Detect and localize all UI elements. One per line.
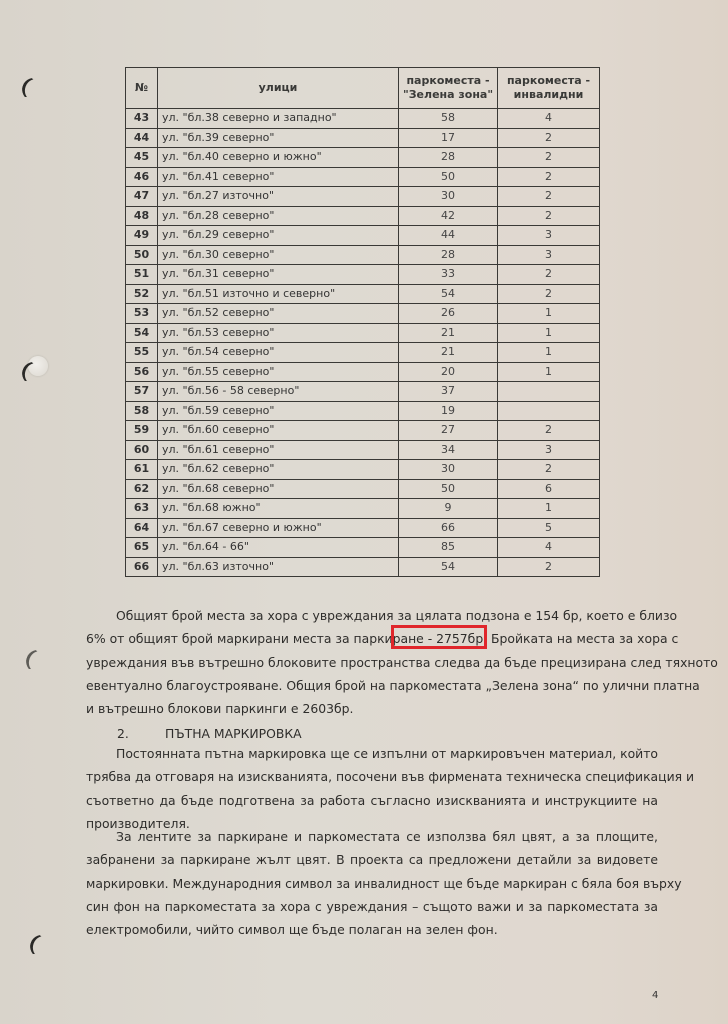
street-name: ул. "бл.51 източно и северно" [158,284,399,304]
street-name: ул. "бл.56 - 58 северно" [158,382,399,402]
table-row: 58ул. "бл.59 северно"19 [126,401,600,421]
punch-hole-mark [30,935,56,961]
street-name: ул. "бл.55 северно" [158,362,399,382]
street-name: ул. "бл.29 северно" [158,226,399,246]
disabled-count: 3 [498,245,600,265]
green-zone-count: 33 [399,265,498,285]
table-row: 45ул. "бл.40 северно и южно"282 [126,148,600,168]
table-row: 64ул. "бл.67 северно и южно"665 [126,518,600,538]
disabled-count: 2 [498,128,600,148]
paragraph-line: електромобили, чийто символ ще бъде пола… [86,918,658,941]
row-number: 52 [126,284,158,304]
green-zone-count: 30 [399,187,498,207]
green-zone-count: 58 [399,109,498,129]
table-row: 56ул. "бл.55 северно"201 [126,362,600,382]
street-name: ул. "бл.41 северно" [158,167,399,187]
disabled-count: 2 [498,148,600,168]
green-zone-count: 30 [399,460,498,480]
row-number: 65 [126,538,158,558]
table-row: 47ул. "бл.27 източно"302 [126,187,600,207]
table-row: 63ул. "бл.68 южно"91 [126,499,600,519]
street-name: ул. "бл.53 северно" [158,323,399,343]
paragraph-line: трябва да отговаря на изискванията, посо… [86,765,658,788]
column-header-disabled: паркоместа -инвалидни [498,68,600,109]
street-name: ул. "бл.54 северно" [158,343,399,363]
column-header-green-zone: паркоместа -"Зелена зона" [399,68,498,109]
table-row: 43ул. "бл.38 северно и западно"584 [126,109,600,129]
row-number: 56 [126,362,158,382]
table-row: 66ул. "бл.63 източно"542 [126,557,600,577]
table-row: 50ул. "бл.30 северно"283 [126,245,600,265]
disabled-count: 6 [498,479,600,499]
table-body: 43ул. "бл.38 северно и западно"58444ул. … [126,109,600,577]
disabled-count: 1 [498,362,600,382]
green-zone-count: 28 [399,245,498,265]
table-row: 44ул. "бл.39 северно"172 [126,128,600,148]
section-title: ПЪТНА МАРКИРОВКА [165,726,302,741]
green-zone-count: 54 [399,284,498,304]
column-header-number: № [126,68,158,109]
table-row: 62ул. "бл.68 северно"506 [126,479,600,499]
table-row: 65ул. "бл.64 - 66"854 [126,538,600,558]
marking-paragraph: Постоянната пътна маркировка ще се изпъл… [86,742,658,835]
disabled-count [498,382,600,402]
paragraph-line: Постоянната пътна маркировка ще се изпъл… [86,742,658,765]
disabled-count: 1 [498,323,600,343]
green-zone-count: 66 [399,518,498,538]
row-number: 49 [126,226,158,246]
row-number: 46 [126,167,158,187]
disabled-count: 2 [498,265,600,285]
street-name: ул. "бл.68 южно" [158,499,399,519]
street-name: ул. "бл.28 северно" [158,206,399,226]
row-number: 55 [126,343,158,363]
green-zone-count: 19 [399,401,498,421]
table-row: 52ул. "бл.51 източно и северно"542 [126,284,600,304]
green-zone-count: 20 [399,362,498,382]
table-header-row: № улици паркоместа -"Зелена зона" парком… [126,68,600,109]
row-number: 64 [126,518,158,538]
table-row: 57ул. "бл.56 - 58 северно"37 [126,382,600,402]
green-zone-count: 42 [399,206,498,226]
disabled-count: 3 [498,440,600,460]
table-row: 55ул. "бл.54 северно"211 [126,343,600,363]
disabled-count: 2 [498,557,600,577]
street-name: ул. "бл.63 източно" [158,557,399,577]
disabled-count: 2 [498,284,600,304]
green-zone-count: 85 [399,538,498,558]
green-zone-count: 34 [399,440,498,460]
green-zone-count: 9 [399,499,498,519]
row-number: 58 [126,401,158,421]
paragraph-line: съответно да бъде подготвена за работа с… [86,789,658,812]
disabled-count: 2 [498,421,600,441]
row-number: 43 [126,109,158,129]
table-row: 51ул. "бл.31 северно"332 [126,265,600,285]
street-name: ул. "бл.67 северно и южно" [158,518,399,538]
row-number: 54 [126,323,158,343]
street-name: ул. "бл.39 северно" [158,128,399,148]
green-zone-count: 21 [399,343,498,363]
green-zone-count: 50 [399,167,498,187]
table-row: 49ул. "бл.29 северно"443 [126,226,600,246]
street-name: ул. "бл.64 - 66" [158,538,399,558]
green-zone-count: 21 [399,323,498,343]
disabled-count: 4 [498,109,600,129]
table-row: 46ул. "бл.41 северно"502 [126,167,600,187]
disabled-count: 2 [498,167,600,187]
colors-paragraph: За лентите за паркиране и паркоместата с… [86,825,658,941]
disabled-count [498,401,600,421]
disabled-count: 5 [498,518,600,538]
street-name: ул. "бл.68 северно" [158,479,399,499]
punch-hole-mark [22,78,48,104]
paragraph-line: забранени за паркиране жълт цвят. В прое… [86,848,658,871]
paragraph-line: и вътрешно блокови паркинги е 2603бр. [86,697,658,720]
street-name: ул. "бл.60 северно" [158,421,399,441]
disabled-count: 4 [498,538,600,558]
street-name: ул. "бл.40 северно и южно" [158,148,399,168]
punch-hole-mark [26,650,52,676]
row-number: 66 [126,557,158,577]
page-number: 4 [652,990,658,1001]
row-number: 53 [126,304,158,324]
green-zone-count: 26 [399,304,498,324]
paragraph-line: син фон на паркоместата за хора с уврежд… [86,895,658,918]
paragraph-line: евентуално благоустрояване. Общия брой н… [86,674,658,697]
paragraph-line: увреждания във вътрешно блоковите простр… [86,651,658,674]
row-number: 45 [126,148,158,168]
column-header-street: улици [158,68,399,109]
table-row: 53ул. "бл.52 северно"261 [126,304,600,324]
section-number: 2. [117,726,165,741]
row-number: 50 [126,245,158,265]
green-zone-count: 17 [399,128,498,148]
table-row: 60ул. "бл.61 северно"343 [126,440,600,460]
green-zone-count: 37 [399,382,498,402]
street-name: ул. "бл.38 северно и западно" [158,109,399,129]
row-number: 61 [126,460,158,480]
row-number: 57 [126,382,158,402]
row-number: 44 [126,128,158,148]
disabled-count: 1 [498,499,600,519]
green-zone-count: 50 [399,479,498,499]
green-zone-count: 44 [399,226,498,246]
street-name: ул. "бл.61 северно" [158,440,399,460]
green-zone-count: 27 [399,421,498,441]
row-number: 47 [126,187,158,207]
row-number: 63 [126,499,158,519]
disabled-count: 2 [498,460,600,480]
green-zone-count: 54 [399,557,498,577]
row-number: 62 [126,479,158,499]
table-row: 54ул. "бл.53 северно"211 [126,323,600,343]
street-name: ул. "бл.62 северно" [158,460,399,480]
street-name: ул. "бл.27 източно" [158,187,399,207]
disabled-count: 2 [498,187,600,207]
highlight-box [391,625,487,649]
row-number: 59 [126,421,158,441]
disabled-count: 3 [498,226,600,246]
summary-paragraph: Общият брой места за хора с увреждания з… [86,604,658,720]
parking-spaces-table: № улици паркоместа -"Зелена зона" парком… [125,67,600,577]
disabled-count: 1 [498,343,600,363]
street-name: ул. "бл.52 северно" [158,304,399,324]
paragraph-line: маркировки. Международния символ за инва… [86,872,658,895]
table-row: 48ул. "бл.28 северно"422 [126,206,600,226]
paragraph-line: 6% от общият брой маркирани места за пар… [86,627,658,650]
street-name: ул. "бл.30 северно" [158,245,399,265]
table-row: 59ул. "бл.60 северно"272 [126,421,600,441]
street-name: ул. "бл.59 северно" [158,401,399,421]
table-row: 61ул. "бл.62 северно"302 [126,460,600,480]
paragraph-line: Общият брой места за хора с увреждания з… [86,604,658,627]
row-number: 48 [126,206,158,226]
row-number: 60 [126,440,158,460]
street-name: ул. "бл.31 северно" [158,265,399,285]
punch-hole [22,362,48,388]
disabled-count: 1 [498,304,600,324]
disabled-count: 2 [498,206,600,226]
green-zone-count: 28 [399,148,498,168]
section-heading: 2.ПЪТНА МАРКИРОВКА [117,726,302,741]
paragraph-line: За лентите за паркиране и паркоместата с… [86,825,658,848]
row-number: 51 [126,265,158,285]
